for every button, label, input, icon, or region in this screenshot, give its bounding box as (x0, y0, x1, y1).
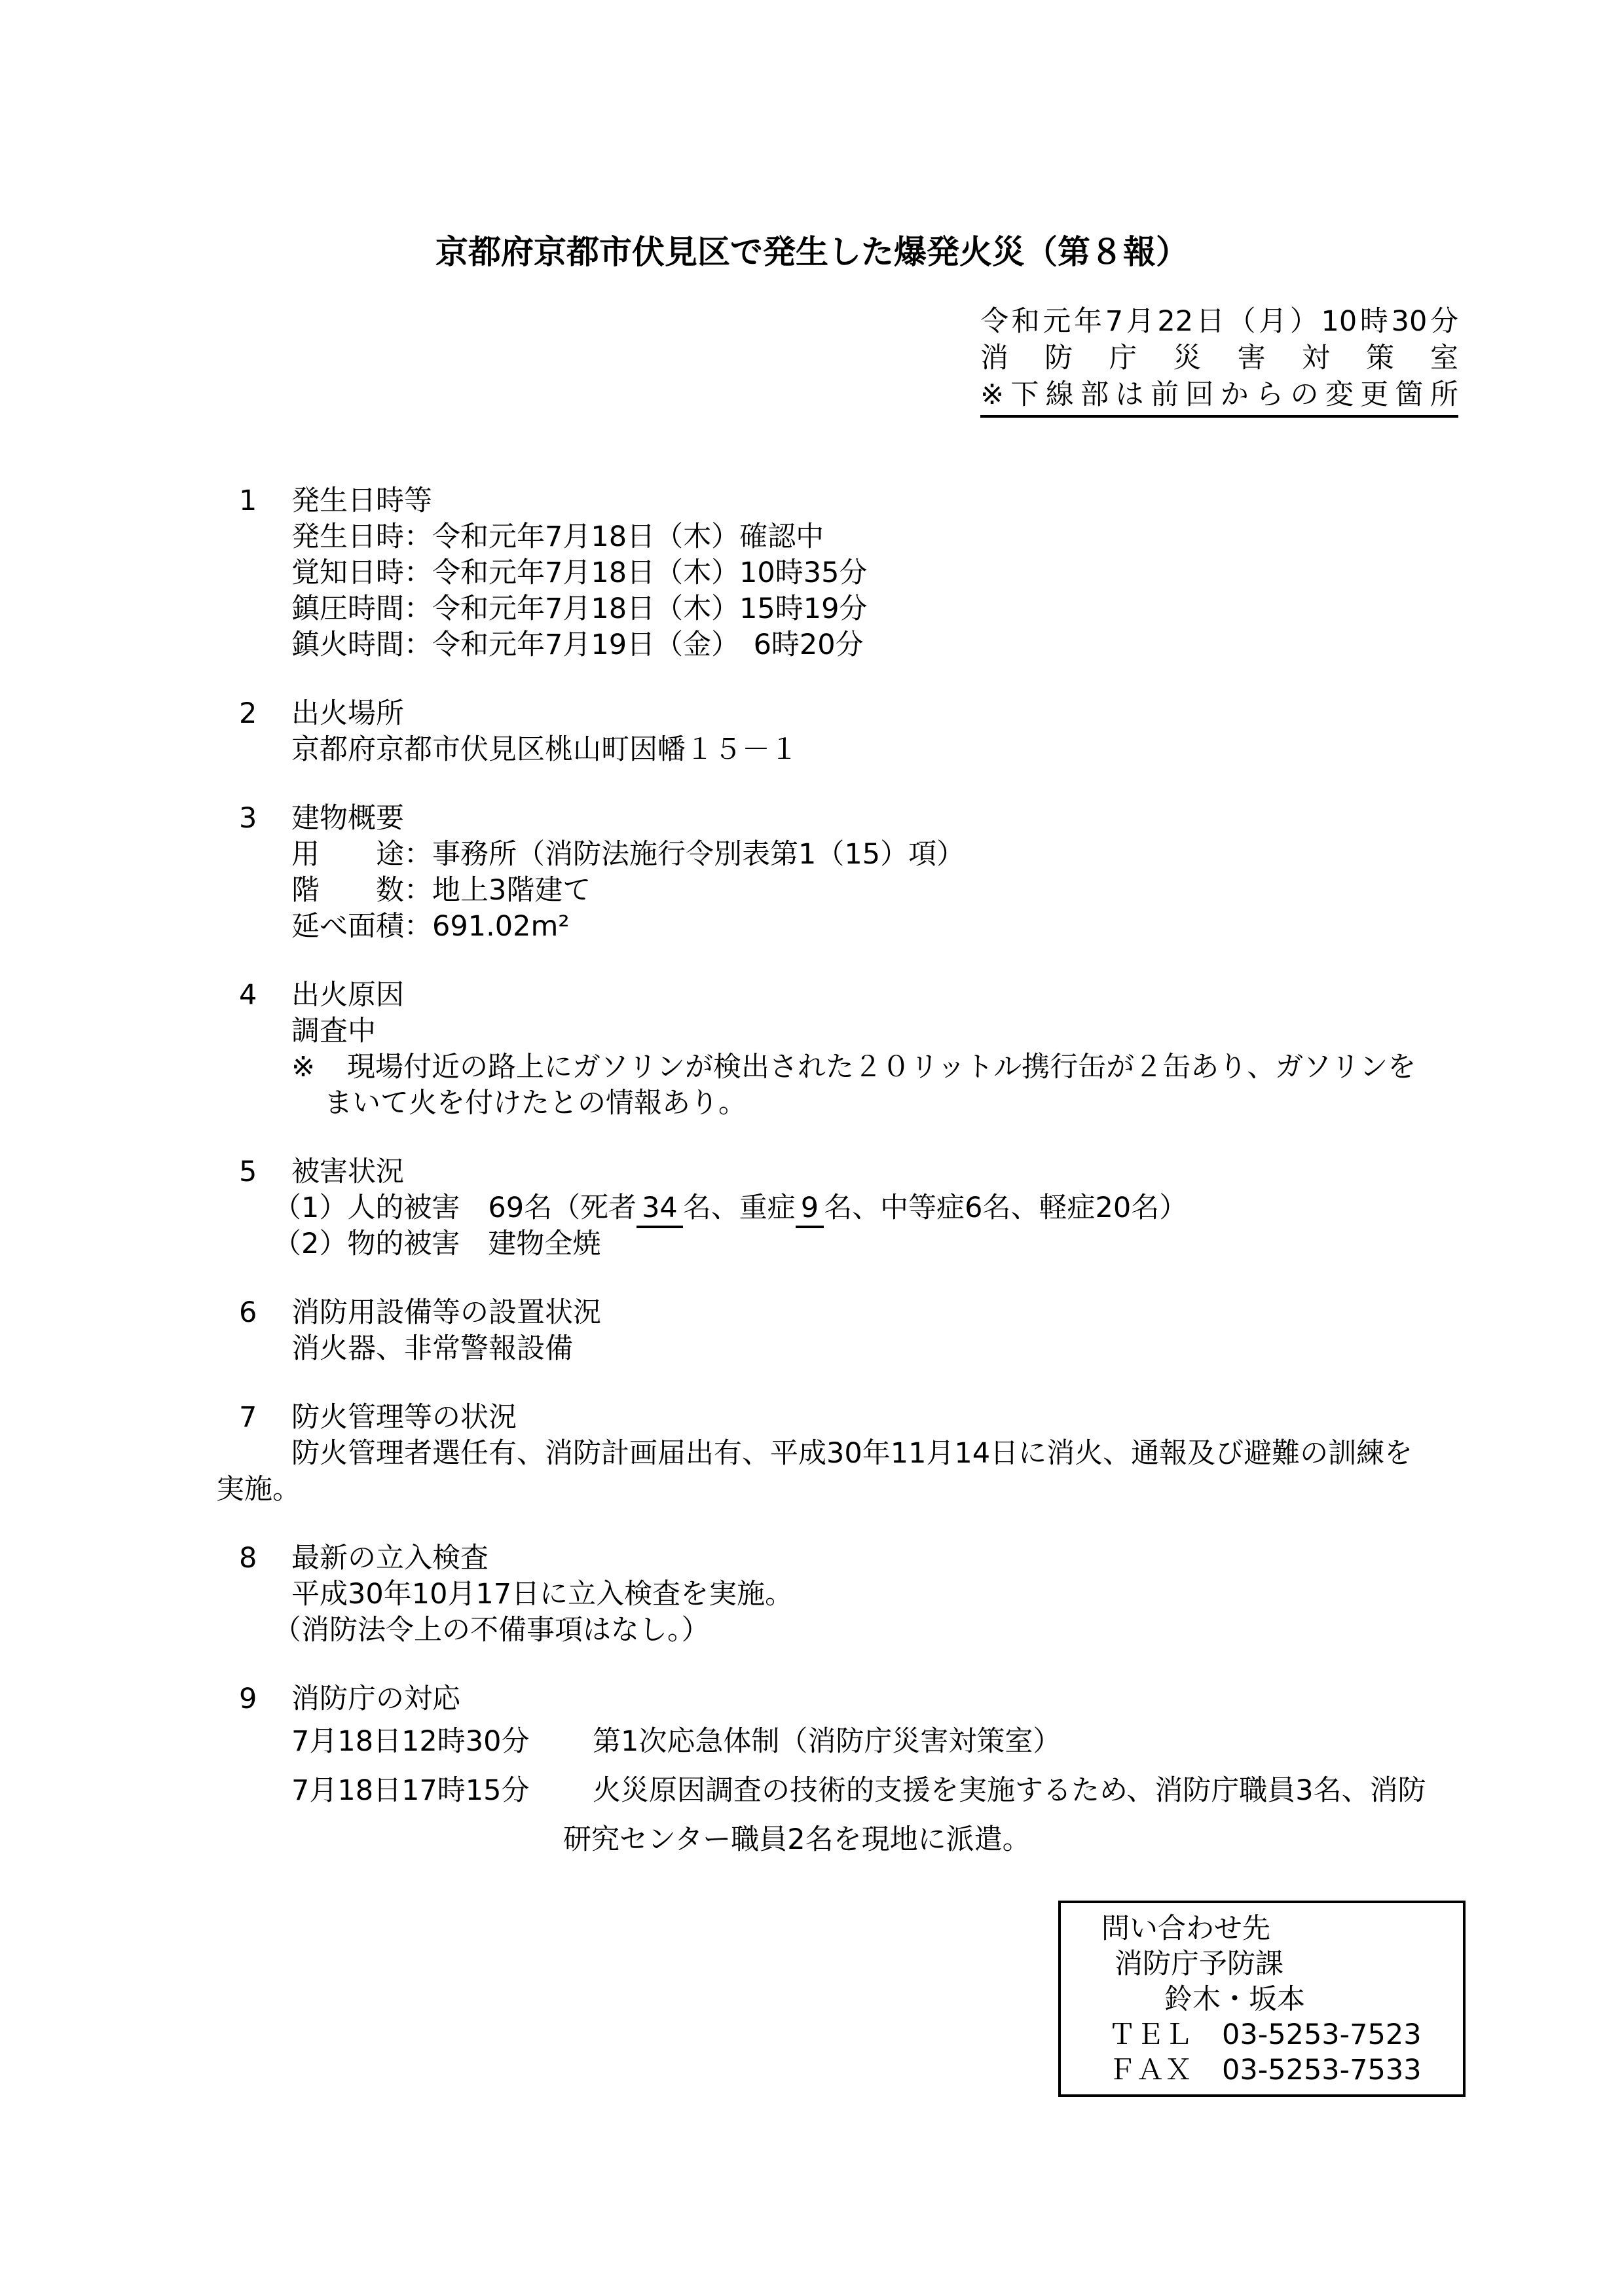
body-line: 調査中 (291, 1013, 1431, 1049)
document-page: 京都府京都市伏見区で発生した爆発火災（第８報） 令和元年7月22日（月）10時3… (0, 0, 1624, 2296)
body-line: 防火管理者選任有、消防計画届出有、平成30年11月14日に消火、通報及び避難の訓… (291, 1436, 1431, 1472)
section-number: 1 (239, 483, 291, 519)
body-line: 消火器、非常警報設備 (291, 1331, 1431, 1367)
contact-title: 問い合わせ先 (1101, 1911, 1463, 1946)
section-heading-row: 7防火管理等の状況 (239, 1400, 1431, 1436)
fax-number: 03-5253-7533 (1222, 2054, 1422, 2086)
body-line: 階 数：地上3階建て (291, 873, 1431, 909)
section-number: 3 (239, 801, 291, 837)
body-line: 平成30年10月17日に立入検査を実施。 (291, 1576, 1431, 1613)
body-line: 京都府京都市伏見区桃山町因幡１５－１ (291, 732, 1431, 768)
section-heading-row: 9消防庁の対応 (239, 1681, 1431, 1717)
section-heading: 消防用設備等の設置状況 (291, 1296, 601, 1329)
underlined-deaths-count: 34 (637, 1192, 683, 1228)
body-line: 覚知日時：令和元年7月18日（木）10時35分 (291, 555, 1431, 591)
section-heading: 消防庁の対応 (291, 1683, 460, 1715)
section-heading-row: 6消防用設備等の設置状況 (239, 1295, 1431, 1331)
section-heading-row: 5被害状況 (239, 1154, 1431, 1190)
section-number: 7 (239, 1400, 291, 1436)
contact-persons: 鈴木・坂本 (1164, 1982, 1463, 2017)
section-heading-row: 2出火場所 (239, 696, 1431, 732)
section-heading: 建物概要 (291, 802, 404, 835)
remark-line: ※現場付近の路上にガソリンが検出された２０リットル携行缶が２缶あり、ガソリンを (291, 1049, 1431, 1085)
section-heading: 防火管理等の状況 (291, 1401, 517, 1434)
section-number: 9 (239, 1681, 291, 1717)
fax-label: ＦＡＸ (1108, 2054, 1192, 2086)
body-line: 鎮火時間：令和元年7月19日（金） 6時20分 (291, 627, 1431, 663)
header-organization: 消防庁災害対策室 (980, 340, 1458, 376)
response-item: 7月18日17時15分火災原因調査の技術的支援を実施するため、消防庁職員3名、消… (291, 1766, 1431, 1815)
response-item-continuation: 研究センター職員2名を現地に派遣。 (563, 1815, 1431, 1865)
section-heading: 被害状況 (291, 1156, 404, 1188)
header-revision-note: ※下線部は前回からの変更箇所 (980, 376, 1458, 418)
remark-continuation: まいて火を付けたとの情報あり。 (324, 1085, 1431, 1121)
section-fdma-response: 9消防庁の対応 7月18日12時30分第1次応急体制（消防庁災害対策室） 7月1… (239, 1681, 1431, 1865)
response-item: 7月18日12時30分第1次応急体制（消防庁災害対策室） (291, 1717, 1431, 1766)
casualty-text: 名、中等症6名、軽症20名） (824, 1192, 1187, 1224)
reference-mark: ※ (291, 1049, 347, 1085)
document-body: 1発生日時等 発生日時：令和元年7月18日（木）確認中 覚知日時：令和元年7月1… (239, 483, 1431, 1865)
section-number: 8 (239, 1540, 291, 1576)
response-time: 7月18日17時15分 (291, 1766, 593, 1815)
casualty-line: （1）人的被害 69名（死者34名、重症9名、中等症6名、軽症20名） (273, 1190, 1431, 1226)
underlined-severe-count: 9 (796, 1192, 824, 1228)
tel-label: ＴＥＬ (1108, 2018, 1192, 2051)
section-number: 5 (239, 1154, 291, 1190)
body-line: 用 途：事務所（消防法施行令別表第1（15）項） (291, 837, 1431, 873)
document-header: 令和元年7月22日（月）10時30分 消防庁災害対策室 ※下線部は前回からの変更… (980, 303, 1458, 418)
section-heading: 出火場所 (291, 697, 404, 730)
section-number: 4 (239, 977, 291, 1013)
section-building-overview: 3建物概要 用 途：事務所（消防法施行令別表第1（15）項） 階 数：地上3階建… (239, 801, 1431, 945)
body-line: 発生日時：令和元年7月18日（木）確認中 (291, 519, 1431, 555)
section-occurrence-datetime: 1発生日時等 発生日時：令和元年7月18日（木）確認中 覚知日時：令和元年7月1… (239, 483, 1431, 663)
casualty-text: （1）人的被害 69名（死者 (273, 1192, 637, 1224)
section-heading-row: 8最新の立入検査 (239, 1540, 1431, 1576)
header-datetime: 令和元年7月22日（月）10時30分 (980, 303, 1458, 340)
body-line: （消防法令上の不備事項はなし。） (273, 1613, 1431, 1649)
contact-department: 消防庁予防課 (1115, 1946, 1463, 1982)
section-damage-status: 5被害状況 （1）人的被害 69名（死者34名、重症9名、中等症6名、軽症20名… (239, 1154, 1431, 1262)
section-heading: 出火原因 (291, 979, 404, 1011)
response-text: 第1次応急体制（消防庁災害対策室） (593, 1725, 1061, 1758)
section-heading-row: 3建物概要 (239, 801, 1431, 837)
section-number: 2 (239, 696, 291, 732)
body-line-continuation: 実施。 (216, 1472, 1431, 1508)
body-line: 鎮圧時間：令和元年7月18日（木）15時19分 (291, 591, 1431, 627)
document-title: 京都府京都市伏見区で発生した爆発火災（第８報） (0, 0, 1624, 272)
section-heading-row: 1発生日時等 (239, 483, 1431, 519)
section-number: 6 (239, 1295, 291, 1331)
section-latest-inspection: 8最新の立入検査 平成30年10月17日に立入検査を実施。 （消防法令上の不備事… (239, 1540, 1431, 1649)
body-line: 延べ面積：691.02m² (291, 909, 1431, 945)
property-damage-line: （2）物的被害 建物全焼 (273, 1226, 1431, 1262)
contact-box: 問い合わせ先 消防庁予防課 鈴木・坂本 ＴＥＬ03-5253-7523 ＦＡＸ0… (1058, 1901, 1466, 2097)
section-heading: 発生日時等 (291, 484, 432, 517)
contact-fax-line: ＦＡＸ03-5253-7533 (1108, 2052, 1463, 2088)
section-fire-cause: 4出火原因 調査中 ※現場付近の路上にガソリンが検出された２０リットル携行缶が２… (239, 977, 1431, 1121)
section-heading-row: 4出火原因 (239, 977, 1431, 1013)
response-time: 7月18日12時30分 (291, 1717, 593, 1766)
section-fire-location: 2出火場所 京都府京都市伏見区桃山町因幡１５－１ (239, 696, 1431, 768)
remark-text: 現場付近の路上にガソリンが検出された２０リットル携行缶が２缶あり、ガソリンを (347, 1051, 1416, 1084)
response-text: 火災原因調査の技術的支援を実施するため、消防庁職員3名、消防 (593, 1774, 1426, 1807)
contact-tel-line: ＴＥＬ03-5253-7523 (1108, 2017, 1463, 2052)
casualty-text: 名、重症 (683, 1192, 796, 1224)
section-fire-prevention-management: 7防火管理等の状況 防火管理者選任有、消防計画届出有、平成30年11月14日に消… (239, 1400, 1431, 1508)
tel-number: 03-5253-7523 (1222, 2018, 1422, 2051)
section-heading: 最新の立入検査 (291, 1542, 489, 1575)
section-fire-equipment: 6消防用設備等の設置状況 消火器、非常警報設備 (239, 1295, 1431, 1367)
